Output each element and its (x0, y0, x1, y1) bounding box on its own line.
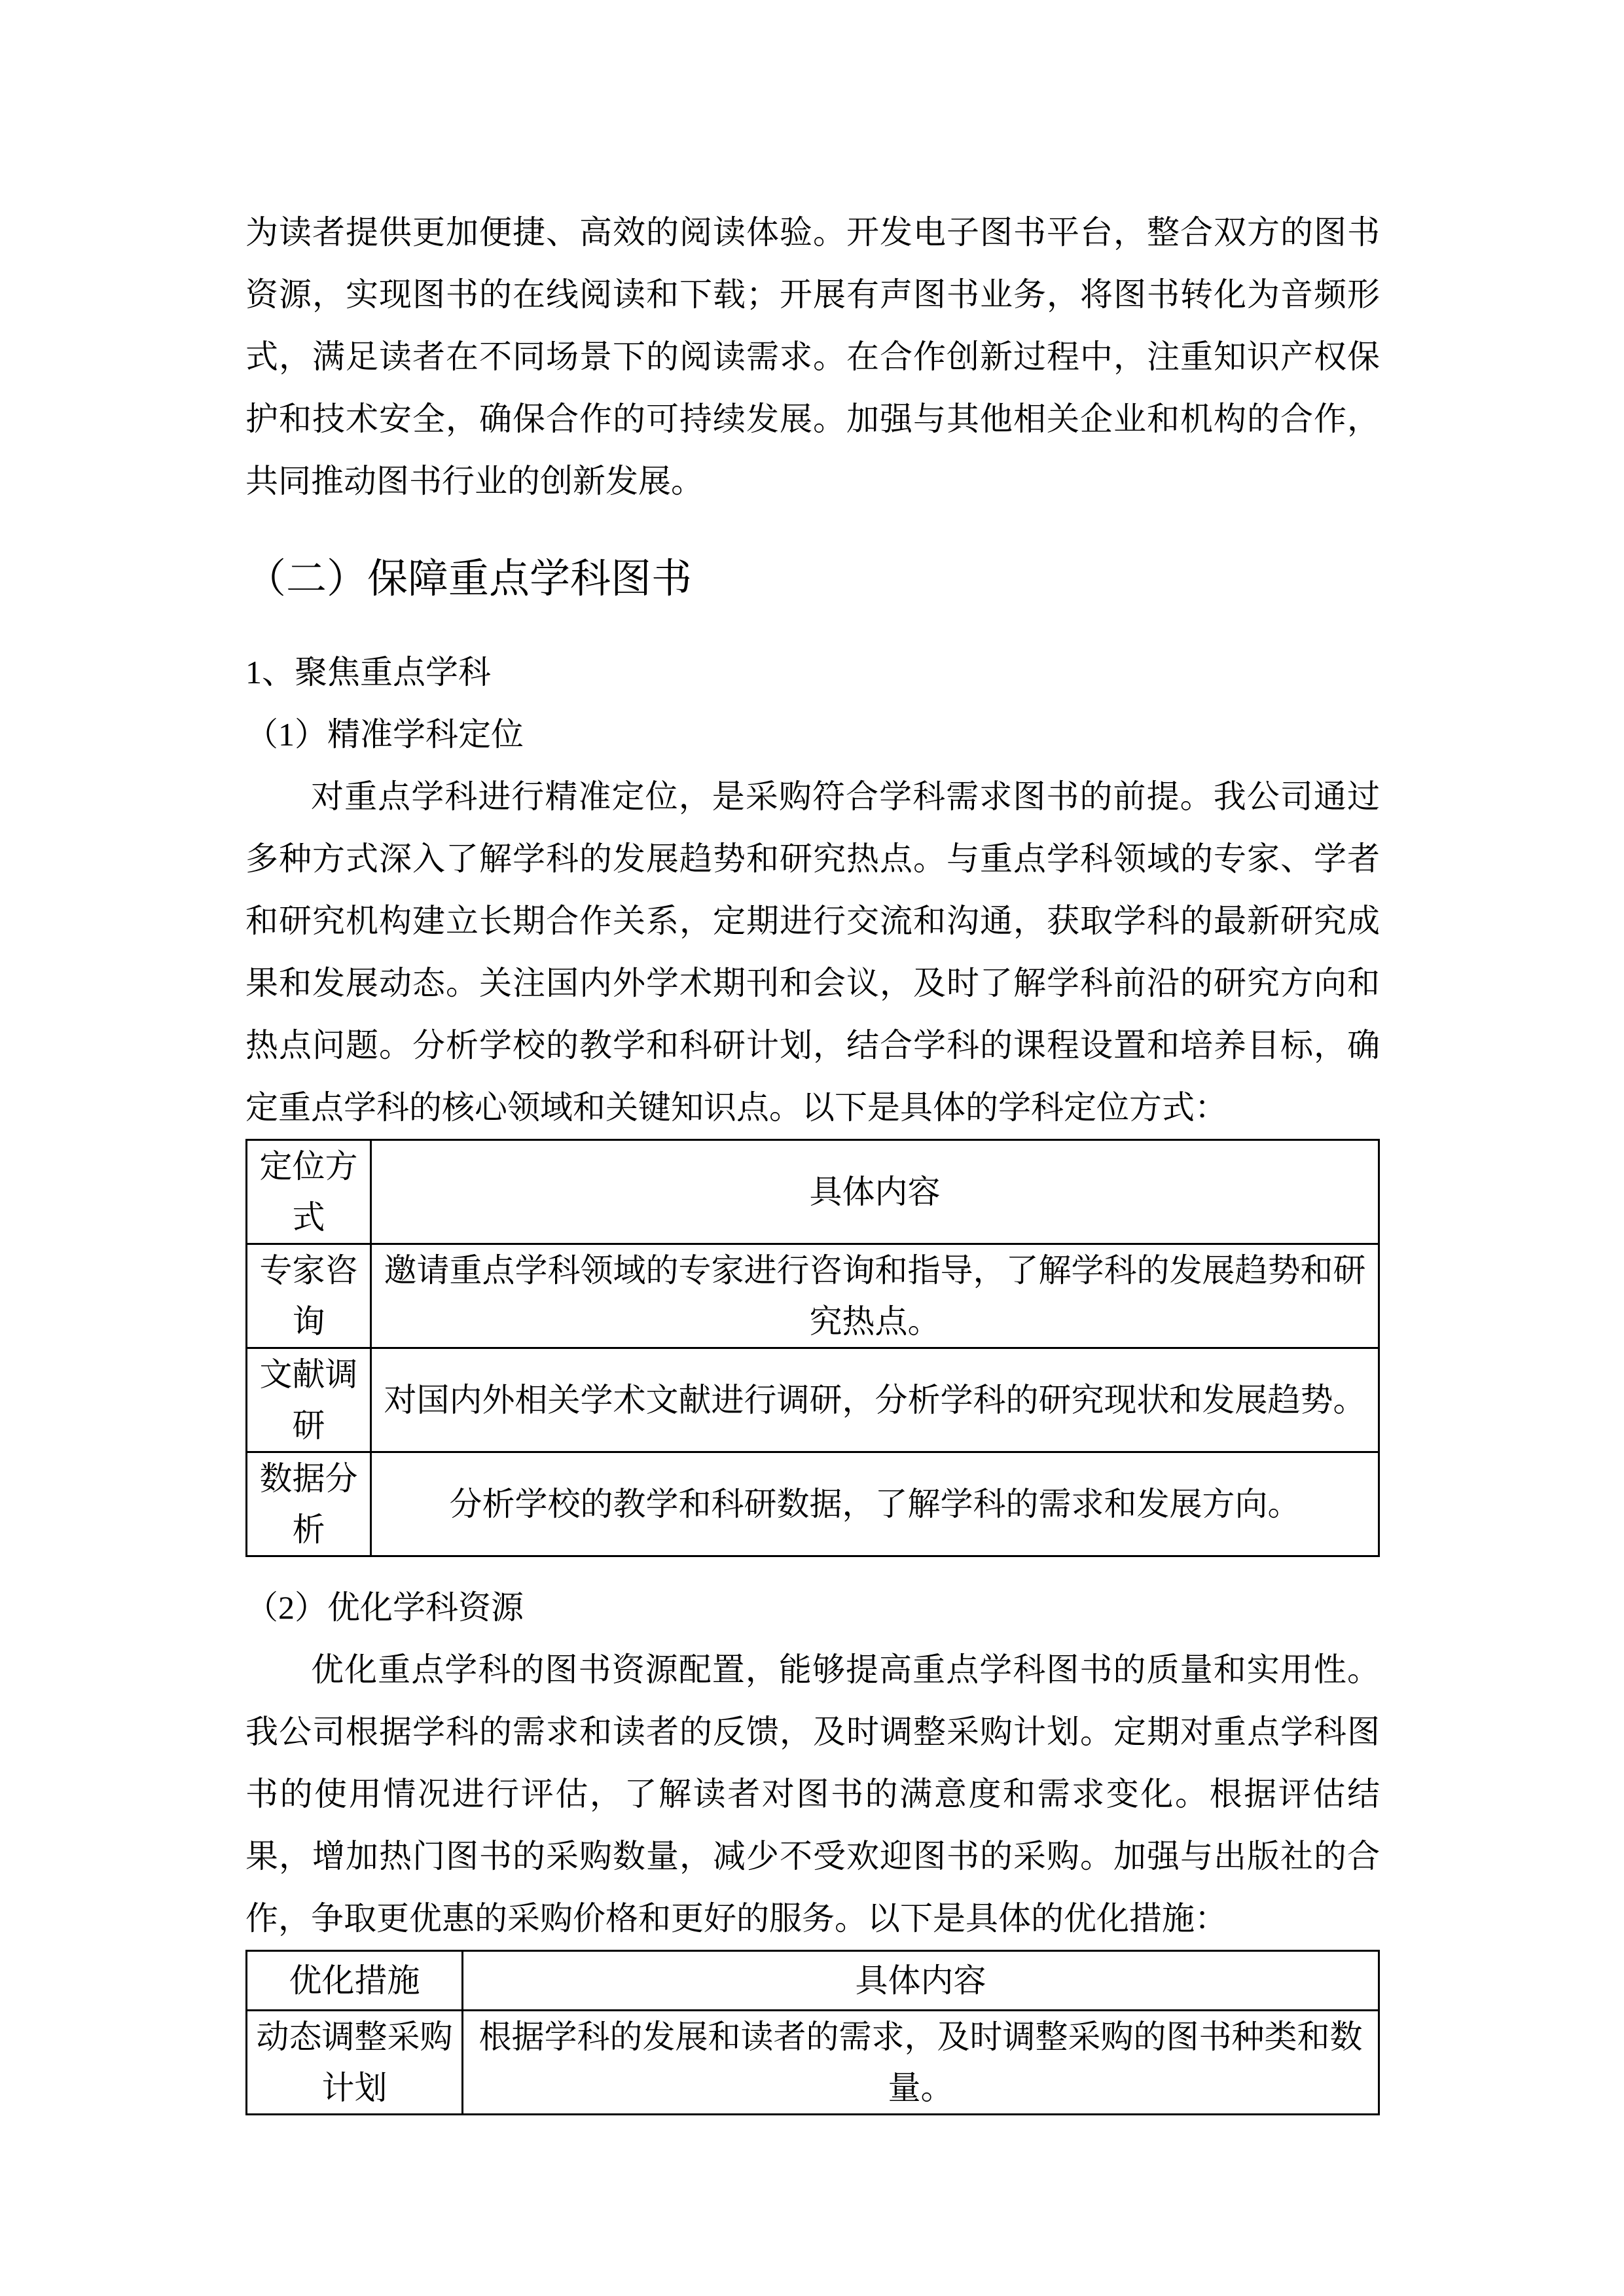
table-cell: 对国内外相关学术文献进行调研，分析学科的研究现状和发展趋势。 (371, 1348, 1379, 1452)
table-cell: 分析学校的教学和科研数据，了解学科的需求和发展方向。 (371, 1452, 1379, 1556)
table-cell: 邀请重点学科领域的专家进行咨询和指导，了解学科的发展趋势和研究热点。 (371, 1244, 1379, 1348)
table-header-row: 优化措施 具体内容 (247, 1951, 1379, 2011)
table-header-row: 定位方式 具体内容 (247, 1140, 1379, 1244)
document-content: 为读者提供更加便捷、高效的阅读体验。开发电子图书平台，整合双方的图书资源，实现图… (245, 202, 1380, 2115)
point-1-heading: （1）精准学科定位 (245, 704, 1380, 766)
table-row: 文献调研 对国内外相关学术文献进行调研，分析学科的研究现状和发展趋势。 (247, 1348, 1379, 1452)
section-heading: （二）保障重点学科图书 (245, 547, 1380, 612)
table-row: 数据分析 分析学校的教学和科研数据，了解学科的需求和发展方向。 (247, 1452, 1379, 1556)
point-2-heading: （2）优化学科资源 (245, 1577, 1380, 1639)
point-1-paragraph: 对重点学科进行精准定位，是采购符合学科需求图书的前提。我公司通过多种方式深入了解… (245, 766, 1380, 1139)
optimization-measures-table: 优化措施 具体内容 动态调整采购计划 根据学科的发展和读者的需求，及时调整采购的… (245, 1950, 1380, 2115)
table-cell: 数据分析 (247, 1452, 371, 1556)
sub-heading-focus-key-disciplines: 1、聚焦重点学科 (245, 641, 1380, 704)
document-page: 为读者提供更加便捷、高效的阅读体验。开发电子图书平台，整合双方的图书资源，实现图… (0, 0, 1624, 2296)
table-cell: 专家咨询 (247, 1244, 371, 1348)
table-cell: 根据学科的发展和读者的需求，及时调整采购的图书种类和数量。 (463, 2011, 1379, 2115)
table-row: 专家咨询 邀请重点学科领域的专家进行咨询和指导，了解学科的发展趋势和研究热点。 (247, 1244, 1379, 1348)
point-2-paragraph: 优化重点学科的图书资源配置，能够提高重点学科图书的质量和实用性。我公司根据学科的… (245, 1639, 1380, 1950)
table-cell: 文献调研 (247, 1348, 371, 1452)
table-header-cell: 具体内容 (463, 1951, 1379, 2011)
discipline-positioning-table: 定位方式 具体内容 专家咨询 邀请重点学科领域的专家进行咨询和指导，了解学科的发… (245, 1139, 1380, 1557)
table-header-cell: 定位方式 (247, 1140, 371, 1244)
continuation-paragraph: 为读者提供更加便捷、高效的阅读体验。开发电子图书平台，整合双方的图书资源，实现图… (245, 202, 1380, 512)
table-row: 动态调整采购计划 根据学科的发展和读者的需求，及时调整采购的图书种类和数量。 (247, 2011, 1379, 2115)
table-header-cell: 具体内容 (371, 1140, 1379, 1244)
table-cell: 动态调整采购计划 (247, 2011, 463, 2115)
table-header-cell: 优化措施 (247, 1951, 463, 2011)
